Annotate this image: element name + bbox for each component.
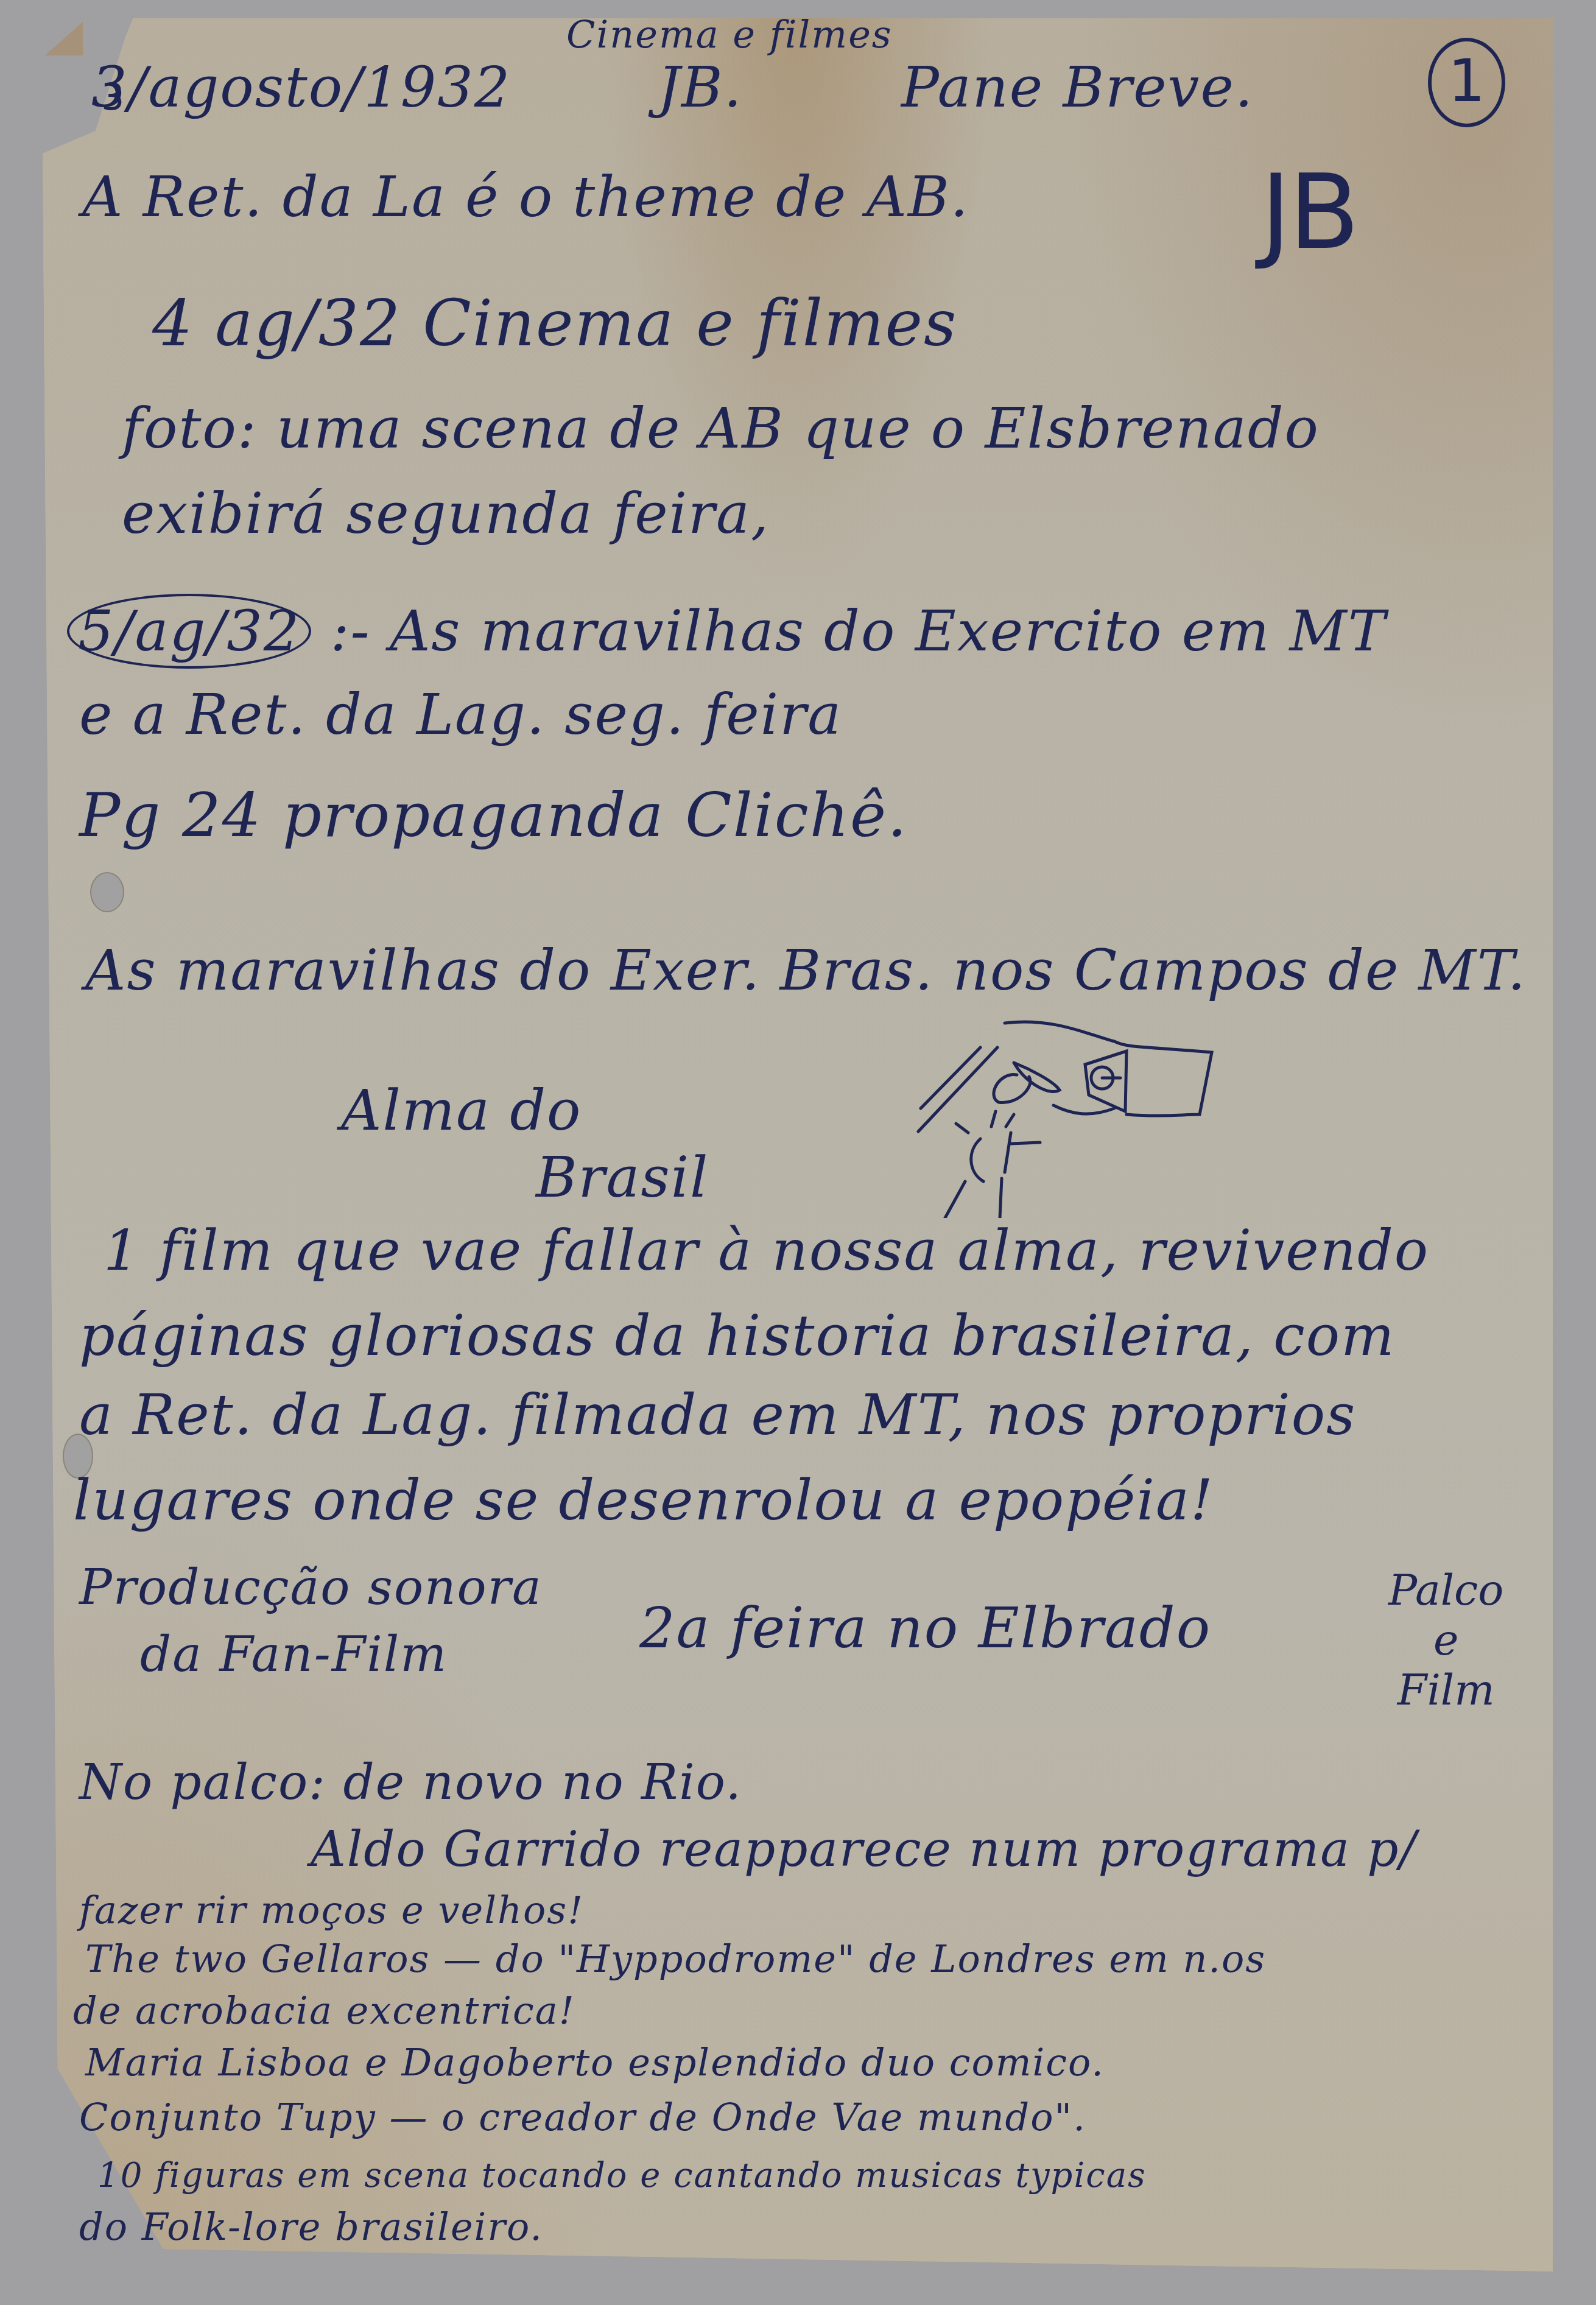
folded-corner bbox=[45, 22, 83, 55]
margin-word: e bbox=[1388, 1615, 1503, 1665]
note-line: 4 ag/32 Cinema e filmes bbox=[152, 286, 957, 361]
note-line: 1 film que vae fallar à nossa alma, revi… bbox=[104, 1218, 1429, 1283]
note-line: lugares onde se desenrolou a epopéia! bbox=[73, 1468, 1214, 1533]
note-line: a Ret. da Lag. filmada em MT, nos propri… bbox=[79, 1382, 1356, 1448]
margin-note: Palco e Film bbox=[1388, 1565, 1503, 1715]
note-line: e a Ret. da Lag. seg. feira bbox=[79, 682, 842, 747]
note-line: Producção sonora bbox=[79, 1559, 543, 1616]
camera-sketch-icon bbox=[895, 999, 1224, 1218]
page-number: 1 bbox=[1428, 38, 1505, 127]
margin-word: Film bbox=[1388, 1665, 1503, 1715]
note-line: de acrobacia excentrica! bbox=[73, 1988, 575, 2033]
column-label: Pane Breve. bbox=[901, 55, 1254, 120]
note-line: 2a feira no Elbrado bbox=[639, 1596, 1211, 1661]
note-line: As maravilhas do Exer. Bras. nos Campos … bbox=[85, 938, 1527, 1003]
note-line: Pg 24 propaganda Clichê. bbox=[79, 779, 908, 851]
note-line: exibirá segunda feira, bbox=[122, 481, 770, 546]
film-title-part1: Alma do bbox=[341, 1078, 582, 1143]
source-label: JB. bbox=[658, 55, 743, 120]
note-line: fazer rir moços e velhos! bbox=[79, 1888, 584, 1932]
note-line: foto: uma scena de AB que o Elsbrenado bbox=[122, 396, 1320, 461]
note-line: páginas gloriosas da historia brasileira… bbox=[79, 1303, 1395, 1368]
note-line: The two Gellaros — do "Hyppodrome" de Lo… bbox=[85, 1937, 1266, 1981]
film-title-part2: Brasil bbox=[536, 1145, 709, 1210]
topic-heading: Cinema e filmes bbox=[566, 12, 893, 57]
note-line: A Ret. da La é o theme de AB. bbox=[82, 164, 969, 230]
note-line: da Fan-Film bbox=[140, 1626, 448, 1683]
margin-word: Palco bbox=[1388, 1565, 1503, 1615]
note-line: 10 figuras em scena tocando e cantando m… bbox=[97, 2156, 1147, 2195]
date-line: 3/agosto/1932 bbox=[91, 55, 511, 120]
note-text: :- As maravilhas do Exercito em MT bbox=[331, 599, 1387, 664]
note-line: 5/ag/32 :- As maravilhas do Exercito em … bbox=[67, 594, 1387, 669]
circled-date: 5/ag/32 bbox=[67, 594, 311, 669]
punch-hole bbox=[90, 872, 124, 912]
note-line: Conjunto Tupy — o creador de Onde Vae mu… bbox=[79, 2095, 1086, 2139]
initials: JB bbox=[1260, 152, 1357, 273]
note-line: Maria Lisboa e Dagoberto esplendido duo … bbox=[85, 2040, 1105, 2085]
note-line: do Folk-lore brasileiro. bbox=[79, 2205, 543, 2249]
note-line: No palco: de novo no Rio. bbox=[79, 1754, 742, 1811]
note-line: Aldo Garrido reapparece num programa p/ bbox=[311, 1821, 1417, 1877]
